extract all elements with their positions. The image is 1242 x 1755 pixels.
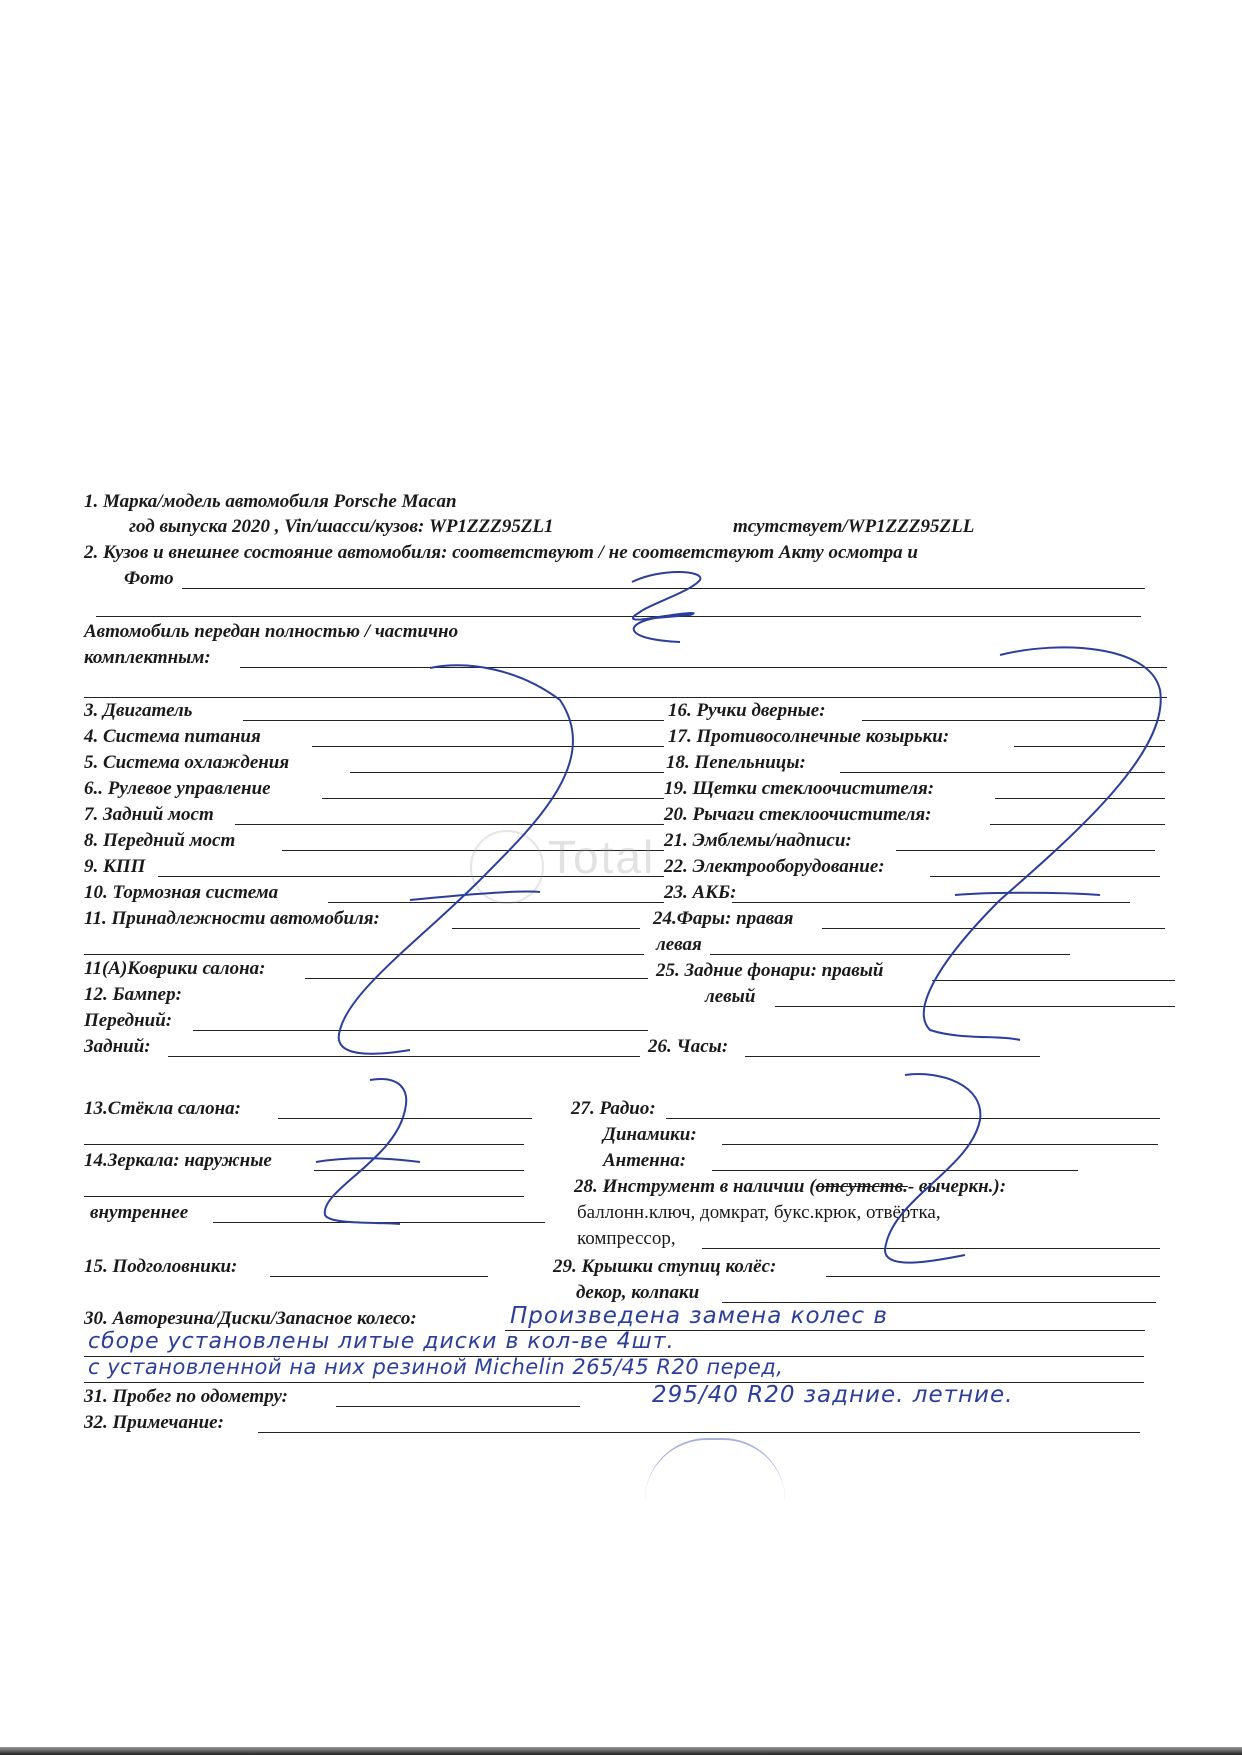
left-item-field[interactable] <box>243 720 664 721</box>
item-15-field[interactable] <box>270 1276 488 1277</box>
stamp-mark <box>645 1438 785 1500</box>
left-item-label: 12. Бампер: <box>84 984 182 1006</box>
right-item-label: 20. Рычаги стеклоочистителя: <box>664 804 931 826</box>
left-item-field[interactable] <box>322 798 664 799</box>
right-item-label: 26. Часы: <box>648 1036 728 1058</box>
left-item-field[interactable] <box>168 1056 640 1057</box>
right-item-field[interactable] <box>930 876 1160 877</box>
item-1-year-vin: год выпуска 2020 , Vin/шасси/кузов: WP1Z… <box>129 516 554 538</box>
right-item-label: 24.Фары: правая <box>653 908 793 930</box>
item-2-label: 2. Кузов и внешнее состояние автомобиля:… <box>84 542 918 564</box>
right-item-field[interactable] <box>822 928 1165 929</box>
right-item-field[interactable] <box>840 772 1165 773</box>
left-item-label: Передний: <box>84 1010 172 1032</box>
right-item-field[interactable] <box>990 824 1165 825</box>
right-item-field[interactable] <box>745 1056 1040 1057</box>
completeness-line-2 <box>84 697 1167 698</box>
right-item-field[interactable] <box>775 1006 1175 1007</box>
item-14-inner-field[interactable] <box>213 1222 545 1223</box>
right-item-label: левый <box>705 986 755 1008</box>
item-2-photo-label: Фото <box>124 568 174 590</box>
item-13-field[interactable] <box>278 1118 532 1119</box>
completeness-line <box>240 667 1167 668</box>
item-14-field-2[interactable] <box>84 1196 524 1197</box>
completeness-label: Автомобиль передан полностью / частично <box>84 621 458 643</box>
left-item-label: 11. Принадлежности автомобиля: <box>84 908 380 930</box>
item-14-label: 14.Зеркала: наружные <box>84 1150 272 1172</box>
left-item-label: 5. Система охлаждения <box>84 752 289 774</box>
left-item-label: 9. КПП <box>84 856 145 878</box>
item-31-label: 31. Пробег по одометру: <box>84 1386 288 1408</box>
item-11-field-2[interactable] <box>84 954 644 955</box>
right-item-label: левая <box>656 934 702 956</box>
left-item-field[interactable] <box>193 1030 648 1031</box>
right-item-label: 22. Электрооборудование: <box>664 856 885 878</box>
left-item-label: 10. Тормозная система <box>84 882 278 904</box>
mileage-field[interactable] <box>336 1406 580 1407</box>
scan-edge <box>0 1747 1242 1755</box>
right-item-label: 19. Щетки стеклоочистителя: <box>664 778 934 800</box>
right-item-label: 21. Эмблемы/надписи: <box>664 830 852 852</box>
speakers-field[interactable] <box>722 1144 1158 1145</box>
tyres-handwritten-3: с установленной на них резиной Michelin … <box>88 1355 783 1379</box>
right-item-label: 16. Ручки дверные: <box>668 700 826 722</box>
item-28-label: 28. Инструмент в наличии (отсутств.- выч… <box>574 1176 1006 1198</box>
item-13-field-2[interactable] <box>84 1144 524 1145</box>
right-item-field[interactable] <box>862 720 1165 721</box>
item-30-label: 30. Авторезина/Диски/Запасное колесо: <box>84 1308 417 1330</box>
item-1-vin-tail: тсутствует/WP1ZZZ95ZLL <box>733 516 974 538</box>
left-item-label: 4. Система питания <box>84 726 261 748</box>
left-item-field[interactable] <box>235 824 664 825</box>
left-item-label: 3. Двигатель <box>84 700 192 722</box>
left-item-field[interactable] <box>312 746 664 747</box>
item-13-label: 13.Стёкла салона: <box>84 1098 241 1120</box>
left-item-label: 6.. Рулевое управление <box>84 778 271 800</box>
radio-field[interactable] <box>666 1118 1160 1119</box>
right-item-label: 17. Противосолнечные козырьки: <box>668 726 949 748</box>
watermark-text: Total <box>548 830 655 884</box>
right-item-label: 18. Пепельницы: <box>666 752 806 774</box>
speakers-label: Динамики: <box>603 1124 697 1146</box>
item-27-radio-label: 27. Радио: <box>571 1098 656 1120</box>
left-item-field[interactable] <box>452 928 640 929</box>
item-15-label: 15. Подголовники: <box>84 1256 237 1278</box>
item-28-label-b: - вычеркн.): <box>908 1176 1006 1197</box>
tyres-handwritten-4: 295/40 R20 задние. летние. <box>652 1382 1013 1408</box>
left-item-label: 7. Задний мост <box>84 804 214 826</box>
photo-field-line <box>182 588 1145 589</box>
tyres-handwritten-2: сборе установлены литые диски в кол-ве 4… <box>88 1329 675 1354</box>
left-item-label: Задний: <box>84 1036 151 1058</box>
note-field[interactable] <box>258 1432 1140 1433</box>
right-item-label: 23. АКБ: <box>664 882 736 904</box>
hubcaps-field[interactable] <box>826 1276 1160 1277</box>
left-item-label: 11(А)Коврики салона: <box>84 958 266 980</box>
tyres-handwritten-1: Произведена замена колес в <box>510 1303 888 1329</box>
right-item-field[interactable] <box>732 902 1130 903</box>
left-item-field[interactable] <box>305 978 648 979</box>
completeness-label-2: комплектным: <box>84 647 211 669</box>
item-14-inner-label: внутреннее <box>90 1202 188 1224</box>
right-item-field[interactable] <box>710 954 1070 955</box>
tools-list: баллонн.ключ, домкрат, букс.крюк, отвёрт… <box>577 1202 941 1224</box>
right-item-field[interactable] <box>896 850 1155 851</box>
left-item-label: 8. Передний мост <box>84 830 235 852</box>
watermark-logo-icon <box>470 830 544 904</box>
item-14-field[interactable] <box>314 1170 524 1171</box>
item-28-struck: отсутств. <box>816 1176 908 1197</box>
item-32-label: 32. Примечание: <box>84 1412 224 1434</box>
tools-list-2: компрессор, <box>577 1228 676 1250</box>
antenna-label: Антенна: <box>603 1150 686 1172</box>
antenna-field[interactable] <box>712 1170 1078 1171</box>
photo-field-line-2 <box>96 616 1141 617</box>
right-item-field[interactable] <box>1014 746 1165 747</box>
right-item-field[interactable] <box>995 798 1165 799</box>
right-item-field[interactable] <box>932 980 1175 981</box>
item-1-label: 1. Марка/модель автомобиля Porsche Macan <box>84 491 457 513</box>
tools-field[interactable] <box>702 1248 1160 1249</box>
right-item-label: 25. Задние фонари: правый <box>656 960 884 982</box>
item-28-label-a: 28. Инструмент в наличии ( <box>574 1176 816 1197</box>
left-item-field[interactable] <box>350 772 664 773</box>
item-29-decor-label: декор, колпаки <box>576 1282 699 1304</box>
item-29-label: 29. Крышки ступиц колёс: <box>553 1256 776 1278</box>
